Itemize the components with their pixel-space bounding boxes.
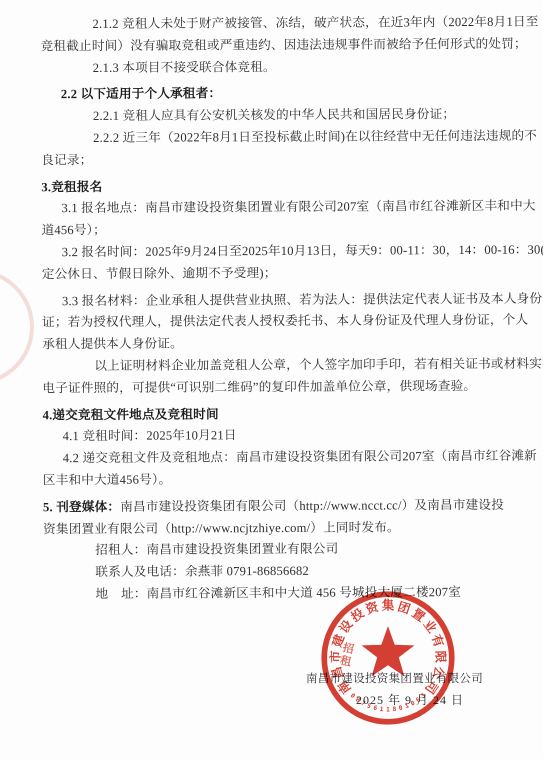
line-text: 4.2 递交竞租文件及竞租地点：南昌市建设投资集团有限公司207室（南昌市红谷滩… (63, 449, 537, 465)
line-text: 竞租截止时间）没有骗取竞租或严重违约、因违法违规事件而被给予任何形式的处罚； (41, 36, 527, 53)
seal-code-digit: 3 (420, 692, 428, 700)
seal-ring-char: 公 (430, 665, 447, 681)
paragraph-line: 3.3 报名材料：企业承租人提供营业执照、若为法人：提供法定代表人证书及本人身份 (42, 288, 512, 312)
paragraph-line: 2.1.2 竞租人未处于财产被接管、冻结，破产状态，在近3年内（2022年8月1… (40, 12, 510, 36)
line-text: 2.1.3 本项目不接受联合体竞租。 (93, 60, 276, 75)
paragraph-line: 证；若为授权代理人，提供法定代表人授权委托书、本人身份证及代理人身份证，个人 (42, 310, 512, 334)
document-body: 2.1.2 竞租人未处于财产被接管、冻结，破产状态，在近3年内（2022年8月1… (40, 12, 513, 606)
document-page: 2.1.2 竞租人未处于财产被接管、冻结，破产状态，在近3年内（2022年8月1… (0, 0, 543, 759)
paragraph-line: 竞租截止时间）没有骗取竞租或严重违约、因违法违规事件而被给予任何形式的处罚； (41, 34, 511, 58)
section-heading: 3.竞租报名 (41, 174, 511, 198)
paragraph-line: 3.2 报名时间：2025年9月24日至2025年10月13日，每天9：00-1… (42, 240, 512, 264)
seal-ring-char: 团 (396, 600, 412, 617)
paragraph-line: 3.1 报名地点：南昌市建设投资集团置业有限公司207室（南昌市红谷滩新区丰和中… (41, 196, 511, 220)
section-heading: 2.2 以下适用于个人承租者： (41, 82, 511, 106)
line-text: 2.1.2 竞租人未处于财产被接管、冻结，破产状态，在近3年内（2022年8月1… (92, 15, 538, 31)
seal-code-digit: 7 (360, 700, 367, 708)
seal-code-digit: 6 (372, 705, 378, 713)
seal-ring-char: 资 (364, 598, 381, 616)
section-heading: 5. 刊登媒体：南昌市建设投资集团有限公司（http://www.ncct.cc… (43, 495, 513, 519)
star-icon (362, 626, 415, 676)
line-text: 南昌市建设投资集团有限公司（http://www.ncct.cc/）及南昌市建设… (120, 498, 504, 514)
paragraph-line: 承租人提供本人身份证。 (42, 332, 512, 356)
line-text: 2.2.1 竞租人应具有公安机关核发的中华人民共和国居民身份证； (93, 107, 455, 123)
seal-ring-char: 集 (382, 598, 395, 613)
line-text: 2.2.2 近三年（2022年8月1日至投标截止时间)在以往经营中无任何违法违规… (93, 129, 537, 145)
lessor-line: 招租人：南昌市建设投资集团置业有限公司 (43, 538, 513, 562)
seal-code-digit: 5 (366, 702, 372, 710)
line-text: 道456号）； (42, 223, 106, 237)
seal-code-digit: 1 (379, 706, 384, 713)
seal-ring-char: 限 (433, 650, 447, 663)
line-text: 证；若为授权代理人，提供法定代表人授权委托书、本人身份证及代理人身份证，个人 (42, 313, 528, 330)
seal-code-digit: 8 (392, 706, 397, 713)
ghost-stamp-mark (0, 262, 66, 392)
line-bold-text: 3.竞租报名 (41, 179, 102, 193)
paragraph-line: 以上证明材料企业加盖竞租人公章，个人签字加印手印，若有相关证书或材料实行 (42, 354, 512, 378)
paragraph-line: 4.1 竞租时间：2025年10月21日 (43, 424, 513, 448)
paragraph-line: 电子证件照的，可提供“可识别二维码”的复印件加盖单位公章，供现场查验。 (42, 376, 512, 400)
line-bold-text: 2.2 以下适用于个人承租者： (61, 87, 221, 102)
line-text: 4.1 竞租时间：2025年10月21日 (63, 429, 237, 444)
paragraph-line: 4.2 递交竞租文件及竞租地点：南昌市建设投资集团有限公司207室（南昌市红谷滩… (43, 446, 513, 470)
line-text: 招租人：南昌市建设投资集团置业有限公司 (95, 542, 338, 557)
line-bold-text: 5. 刊登媒体： (43, 500, 120, 514)
paragraph-line: 2.2.2 近三年（2022年8月1日至投标截止时间)在以往经营中无任何违法违规… (41, 126, 511, 150)
paragraph-line: 定公休日、节假日除外、逾期不予受理)； (42, 262, 512, 286)
paragraph-line: 2.1.3 本项目不接受联合体竞租。 (41, 55, 511, 79)
paragraph-line: 良记录； (41, 148, 511, 172)
line-text: 良记录； (41, 153, 92, 167)
paragraph-line: 资集团置业有限公司（http://www.ncjtzhiye.com/）上同时发… (43, 516, 513, 540)
line-text: 3.3 报名材料：企业承租人提供营业执照、若为法人：提供法定代表人证书及本人身份 (62, 291, 542, 308)
line-text: 3.2 报名时间：2025年9月24日至2025年10月13日，每天9：00-1… (62, 242, 543, 259)
line-text: 定公休日、节假日除外、逾期不予受理)； (42, 266, 277, 281)
line-text: 以上证明材料企业加盖竞租人公章，个人签字加印手印，若有相关证书或材料实行 (94, 356, 543, 372)
contact-line: 联系人及电话：余燕菲 0791-86856682 (43, 560, 513, 584)
paragraph-line: 区丰和中大道456号）。 (43, 468, 513, 492)
line-text: 3.1 报名地点：南昌市建设投资集团置业有限公司207室（南昌市红谷滩新区丰和中… (61, 199, 535, 215)
line-bold-text: 4.递交竞租文件地点及竞租时间 (43, 407, 219, 422)
seal-code-digit: 1 (404, 702, 410, 710)
paragraph-line: 2.2.1 竞租人应具有公安机关核发的中华人民共和国居民身份证； (41, 104, 511, 128)
seal-code-digit: 1 (386, 706, 390, 713)
seal-code-digit: 0 (398, 704, 404, 712)
line-text: 电子证件照的，可提供“可识别二维码”的复印件加盖单位公章，供现场查验。 (42, 379, 476, 395)
line-text: 区丰和中大道456号）。 (43, 472, 171, 487)
section-heading: 4.递交竞租文件地点及竞租时间 (42, 402, 512, 426)
line-text: 联系人及电话：余燕菲 0791-86856682 (95, 564, 309, 579)
paragraph-line: 道456号）； (42, 218, 512, 242)
line-text: 资集团置业有限公司（http://www.ncjtzhiye.com/）上同时发… (43, 520, 400, 536)
